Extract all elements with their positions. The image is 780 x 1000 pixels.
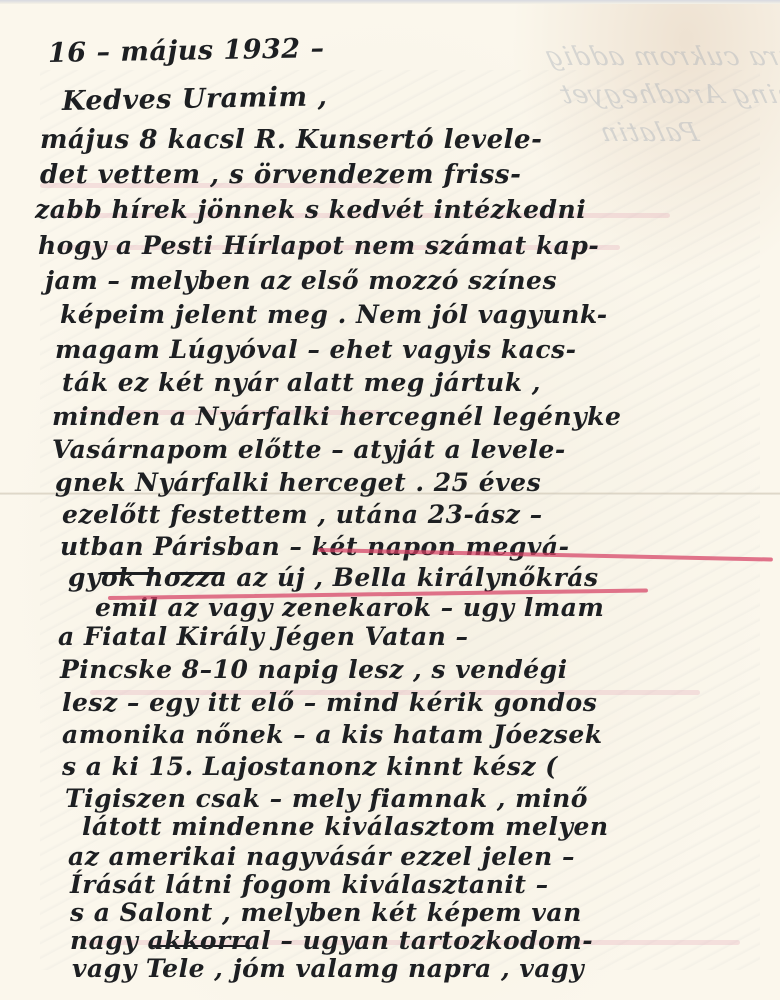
ink-underline (150, 945, 250, 947)
ink-underline (100, 572, 160, 575)
letter-line: Vasárnapom előtte – atyját a levele- (52, 435, 566, 464)
letter-line: magam Lúgyóval – ehet vagyis kacs- (55, 335, 577, 364)
letter-line: látott mindenne kiválasztom melyen (82, 812, 609, 841)
letter-page: Carrara cukrom addig Pepening Aradhegyet… (0, 0, 780, 1000)
letter-line: det vettem , s örvendezem friss- (40, 160, 521, 190)
letter-line: Írását látni fogom kiválasztanit – (70, 870, 549, 899)
letter-line: képeim jelent meg . Nem jól vagyunk- (60, 300, 608, 329)
letter-line: gyok hozza az új , Bella királynőkrás (68, 563, 599, 592)
ink-underline (170, 572, 225, 575)
letter-line: gnek Nyárfalki herceget . 25 éves (55, 468, 541, 497)
handwritten-text: 16 – május 1932 – Kedves Uramim , május … (0, 0, 780, 1000)
letter-line: május 8 kacsl R. Kunsertó levele- (40, 125, 542, 155)
letter-line: minden a Nyárfalki hercegnél legényke (52, 402, 621, 431)
letter-line: vagy Tele , jóm valamg napra , vagy (72, 954, 584, 983)
salutation: Kedves Uramim , (62, 81, 328, 117)
letter-line: Tigiszen csak – mely fiamnak , minő (65, 784, 588, 813)
letter-line: nagy akkorral – ugyan tartozkodom- (70, 926, 593, 955)
letter-line: jam – melyben az első mozzó színes (45, 266, 557, 295)
letter-line: ezelőtt festettem , utána 23-ász – (62, 500, 543, 529)
letter-line: amonika nőnek – a kis hatam Jóezsek (62, 720, 603, 749)
letter-line: az amerikai nagyvásár ezzel jelen – (68, 842, 575, 871)
letter-line: zabb hírek jönnek s kedvét intézkedni (35, 195, 586, 224)
date-line: 16 – május 1932 – (48, 33, 325, 69)
letter-line: s a Salont , melyben két képem van (70, 898, 582, 927)
letter-line: a Fiatal Király Jégen Vatan – (58, 622, 469, 651)
letter-line: ták ez két nyár alatt meg jártuk , (62, 368, 541, 397)
letter-line: hogy a Pesti Hírlapot nem számat kap- (38, 231, 599, 260)
letter-line: s a ki 15. Lajostanonz kinnt kész ( (62, 752, 558, 781)
letter-line: utban Párisban – két napon megvá- (60, 532, 569, 561)
letter-line: Pincske 8–10 napig lesz , s vendégi (60, 655, 568, 684)
letter-line: lesz – egy itt elő – mind kérik gondos (62, 688, 597, 717)
